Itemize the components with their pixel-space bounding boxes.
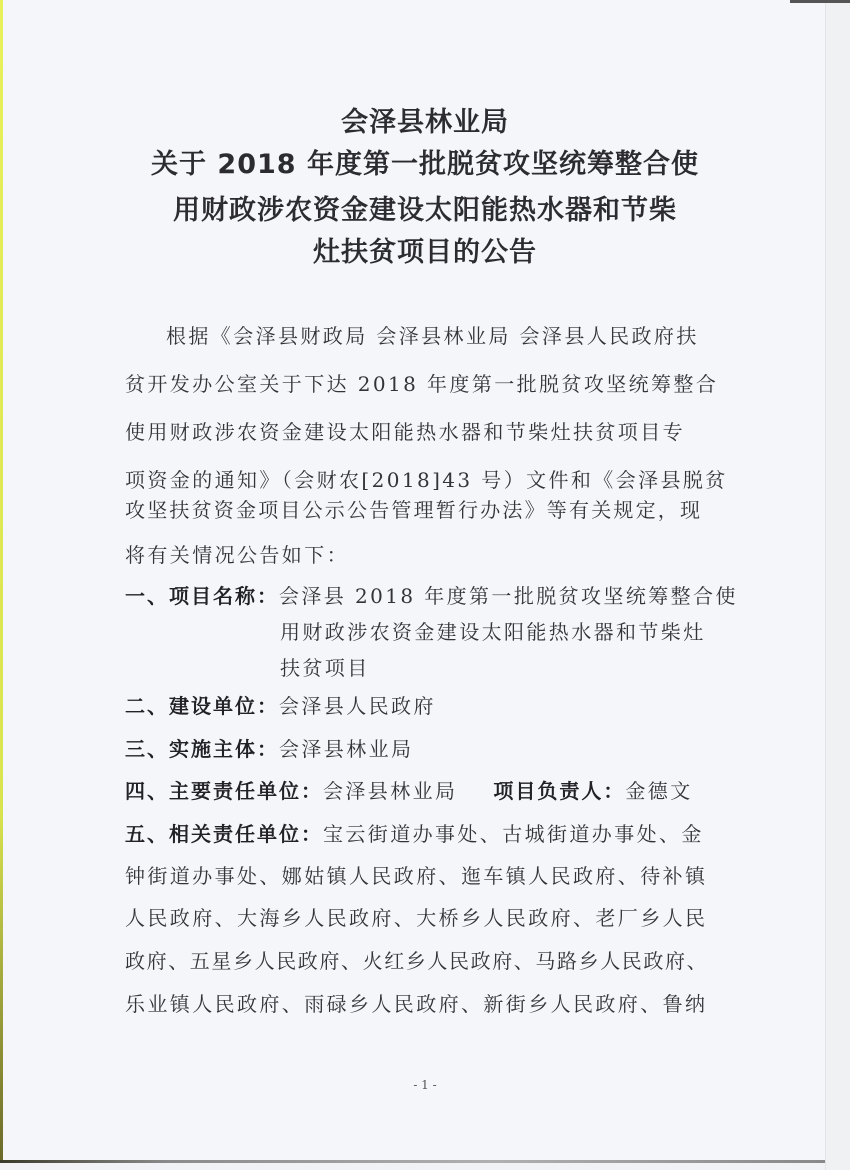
section-value: 会泽县 2018 年度第一批脱贫攻坚统筹整合使 xyxy=(279,584,738,608)
section-label: 三、实施主体： xyxy=(125,737,279,761)
section-label: 二、建设单位： xyxy=(125,694,279,718)
section-value-continuation: 用财政涉农资金建设太阳能热水器和节柴灶 xyxy=(280,616,850,645)
section-project-name: 一、项目名称：会泽县 2018 年度第一批脱贫攻坚统筹整合使 xyxy=(125,580,705,609)
project-lead-label: 项目负责人： xyxy=(493,779,625,803)
page-number: - 1 - xyxy=(400,1078,450,1092)
intro-paragraph-line: 项资金的通知》（会财农[2018]43 号）文件和《会泽县脱贫 xyxy=(125,464,705,493)
document-title-line: 关于 2018 年度第一批脱贫攻坚统筹整合使 xyxy=(0,142,850,181)
related-units-line: 钟街道办事处、娜姑镇人民政府、迤车镇人民政府、待补镇 xyxy=(125,860,705,889)
section-label: 五、相关责任单位： xyxy=(125,822,323,846)
section-value: 会泽县林业局 xyxy=(279,737,413,761)
intro-paragraph-line: 贫开发办公室关于下达 2018 年度第一批脱贫攻坚统筹整合 xyxy=(125,368,705,397)
section-label: 四、主要责任单位： xyxy=(125,779,323,803)
intro-paragraph-line: 将有关情况公告如下： xyxy=(125,539,705,568)
intro-paragraph-line: 攻坚扶贫资金项目公示公告管理暂行办法》等有关规定，现 xyxy=(125,494,705,523)
intro-paragraph-line: 根据《会泽县财政局 会泽县林业局 会泽县人民政府扶 xyxy=(166,320,746,349)
scan-edge-bottom xyxy=(0,1160,825,1163)
related-units-line: 政府、五星乡人民政府、火红乡人民政府、马路乡人民政府、 xyxy=(125,945,705,974)
intro-paragraph-line: 使用财政涉农资金建设太阳能热水器和节柴灶扶贫项目专 xyxy=(125,416,705,445)
section-label: 一、项目名称： xyxy=(125,584,279,608)
section-construction-unit: 二、建设单位：会泽县人民政府 xyxy=(125,690,705,719)
section-value: 会泽县人民政府 xyxy=(279,694,436,718)
section-value: 会泽县林业局 xyxy=(323,779,457,803)
related-units-line: 人民政府、大海乡人民政府、大桥乡人民政府、老厂乡人民 xyxy=(125,902,705,931)
section-value-continuation: 扶贫项目 xyxy=(280,652,850,681)
project-lead-value: 金德文 xyxy=(625,779,692,803)
section-related-units: 五、相关责任单位：宝云街道办事处、古城街道办事处、金 xyxy=(125,818,705,847)
document-title-line: 灶扶贫项目的公告 xyxy=(0,230,850,269)
document-title-agency: 会泽县林业局 xyxy=(0,100,850,139)
section-main-responsible-unit: 四、主要责任单位：会泽县林业局项目负责人：金德文 xyxy=(125,775,705,804)
related-units-line: 乐业镇人民政府、雨碌乡人民政府、新街乡人民政府、鲁纳 xyxy=(125,988,705,1017)
scan-edge-top xyxy=(790,0,850,3)
section-value: 宝云街道办事处、古城街道办事处、金 xyxy=(323,822,704,846)
section-implementing-body: 三、实施主体：会泽县林业局 xyxy=(125,733,705,762)
document-title-line: 用财政涉农资金建设太阳能热水器和节柴 xyxy=(0,188,850,227)
